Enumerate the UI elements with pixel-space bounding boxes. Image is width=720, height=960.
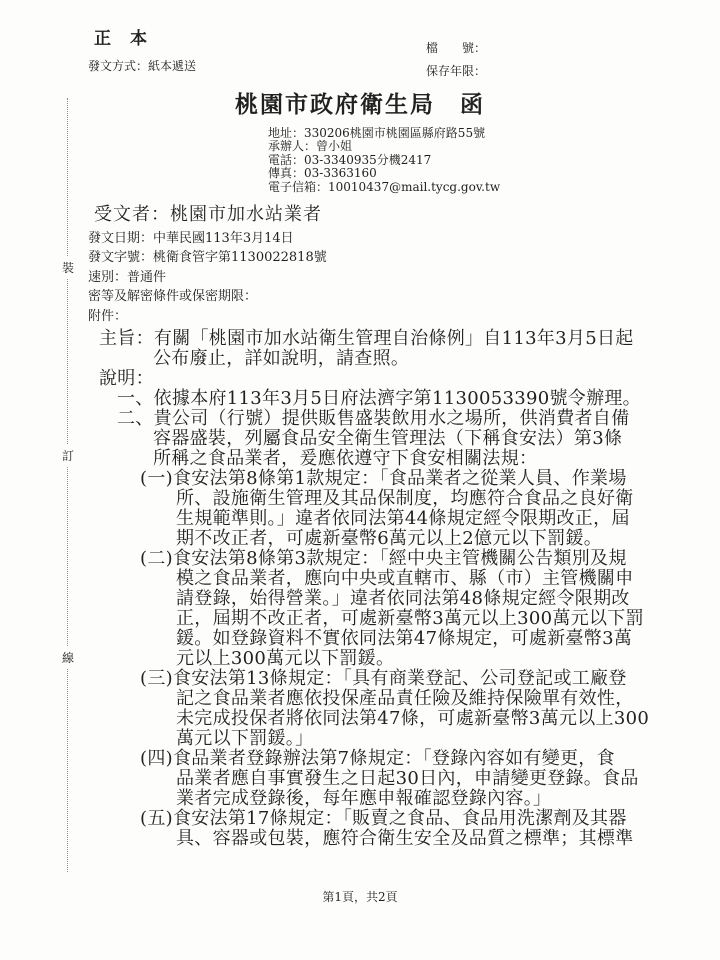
body-line: 鍰。如登錄資料不實依同法第47條規定，可處新臺幣3萬	[0, 629, 720, 649]
meta-line: 發文日期：中華民國113年3月14日	[88, 229, 327, 248]
body-line: 正，屆期不改正者，可處新臺幣3萬元以上300萬元以下罰	[0, 609, 720, 629]
file-number-block: 檔 號： 保存年限：	[426, 37, 486, 83]
body-line: 所、設施衛生管理及其品保制度，均應符合食品之良好衛	[0, 489, 720, 509]
delivery-method-label: 發文方式：紙本遞送	[88, 57, 196, 74]
body-line: 公布廢止，詳如說明，請查照。	[0, 349, 720, 369]
body-block: 主旨：有關「桃園市加水站衛生管理自治條例」自113年3月5日起公布廢止，詳如說明…	[0, 329, 720, 849]
document-page: 正 本 發文方式：紙本遞送 檔 號： 保存年限： 桃園市政府衛生局 函 地址：3…	[0, 0, 720, 960]
binding-mark-ding: 訂	[60, 444, 76, 467]
contact-line: 傳真：03-3363160	[268, 167, 500, 180]
contact-block: 地址：330206桃園市桃園區縣府路55號承辦人：曾小姐電話：03-334093…	[268, 127, 500, 194]
copy-type-label: 正 本	[94, 24, 148, 49]
body-line: 容器盛裝，列屬食品安全衛生管理法（下稱食安法）第3條	[0, 429, 720, 449]
binding-mark-zhuang: 裝	[60, 256, 76, 279]
retention-period-label: 保存年限：	[426, 60, 486, 83]
body-line: 元以上300萬元以下罰鍰。	[0, 649, 720, 669]
document-title: 桃園市政府衛生局 函	[0, 86, 720, 119]
binding-mark-xian: 線	[60, 646, 76, 669]
meta-line: 附件：	[88, 307, 327, 326]
body-line: 業者完成登錄後，每年應申報確認登錄內容。」	[0, 789, 720, 809]
body-line: 生規範準則。」違者依同法第44條規定經令限期改正，屆	[0, 509, 720, 529]
body-line: (四)食品業者登錄辦法第7條規定：「登錄內容如有變更，食	[0, 749, 720, 769]
contact-line: 電子信箱：10010437@mail.tycg.gov.tw	[268, 181, 500, 194]
body-line: 二、貴公司（行號）提供販售盛裝飲用水之場所，供消費者自備	[0, 409, 720, 429]
meta-line: 密等及解密條件或保密期限：	[88, 287, 327, 306]
body-line: 具、容器或包裝，應符合衛生安全及品質之標準；其標準	[0, 829, 720, 849]
body-line: 請登錄，始得營業。」違者依同法第48條規定經令限期改	[0, 589, 720, 609]
recipient-line: 受文者：桃園市加水站業者	[94, 200, 322, 226]
body-line: 記之食品業者應依投保產品責任險及維持保險單有效性，	[0, 689, 720, 709]
body-line: 萬元以下罰鍰。」	[0, 729, 720, 749]
meta-line: 速別：普通件	[88, 268, 327, 287]
meta-line: 發文字號：桃衛食管字第1130022818號	[88, 248, 327, 267]
body-line: (一)食安法第8條第1款規定：「食品業者之從業人員、作業場	[0, 469, 720, 489]
body-line: 未完成投保者將依同法第47條，可處新臺幣3萬元以上300	[0, 709, 720, 729]
body-line: 說明：	[0, 369, 720, 389]
contact-line: 承辦人：曾小姐	[268, 140, 500, 153]
body-line: 所稱之食品業者，爰應依遵守下食安相關法規：	[0, 449, 720, 469]
body-line: 模之食品業者，應向中央或直轄市、縣（市）主管機關申	[0, 569, 720, 589]
body-line: (二)食安法第8條第3款規定：「經中央主管機關公告類別及規	[0, 549, 720, 569]
body-line: 品業者應自事實發生之日起30日內，申請變更登錄。食品	[0, 769, 720, 789]
body-line: 期不改正者，可處新臺幣6萬元以上2億元以下罰鍰。	[0, 529, 720, 549]
meta-block: 發文日期：中華民國113年3月14日發文字號：桃衛食管字第1130022818號…	[88, 229, 327, 326]
body-line: 主旨：有關「桃園市加水站衛生管理自治條例」自113年3月5日起	[0, 329, 720, 349]
body-line: (三)食安法第13條規定：「具有商業登記、公司登記或工廠登	[0, 669, 720, 689]
body-line: 一、依據本府113年3月5日府法濟字第1130053390號令辦理。	[0, 389, 720, 409]
body-line: (五)食安法第17條規定：「販賣之食品、食品用洗潔劑及其器	[0, 809, 720, 829]
file-number-label: 檔 號：	[426, 37, 486, 60]
page-number: 第1頁，共2頁	[0, 888, 720, 905]
